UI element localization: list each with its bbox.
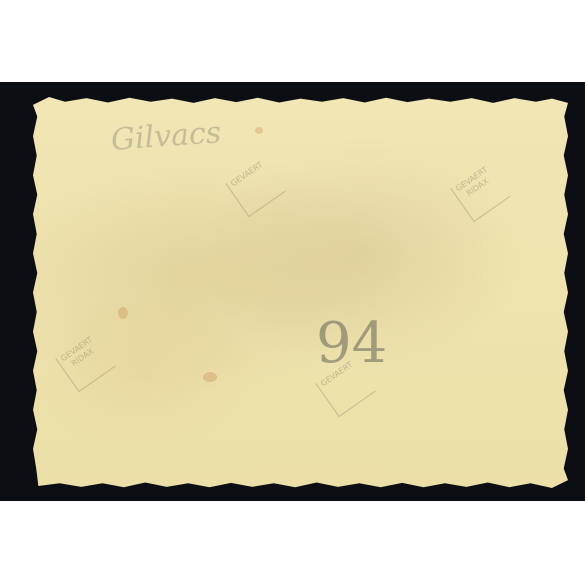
photo-card-back: Gilvacs 94 GEVAERTRIDAX GEVAERTRIDAX GEV… (33, 97, 568, 488)
gevaert-stamp: GEVAERTRIDAX (55, 333, 115, 392)
stain (203, 372, 217, 382)
gevaert-stamp: GEVAERT (225, 158, 285, 217)
stamp-text: GEVAERT (229, 160, 264, 188)
handwritten-name: Gilvacs (110, 115, 222, 158)
stain (255, 127, 263, 134)
stain (118, 307, 128, 319)
gevaert-stamp: GEVAERTRIDAX (450, 163, 510, 222)
